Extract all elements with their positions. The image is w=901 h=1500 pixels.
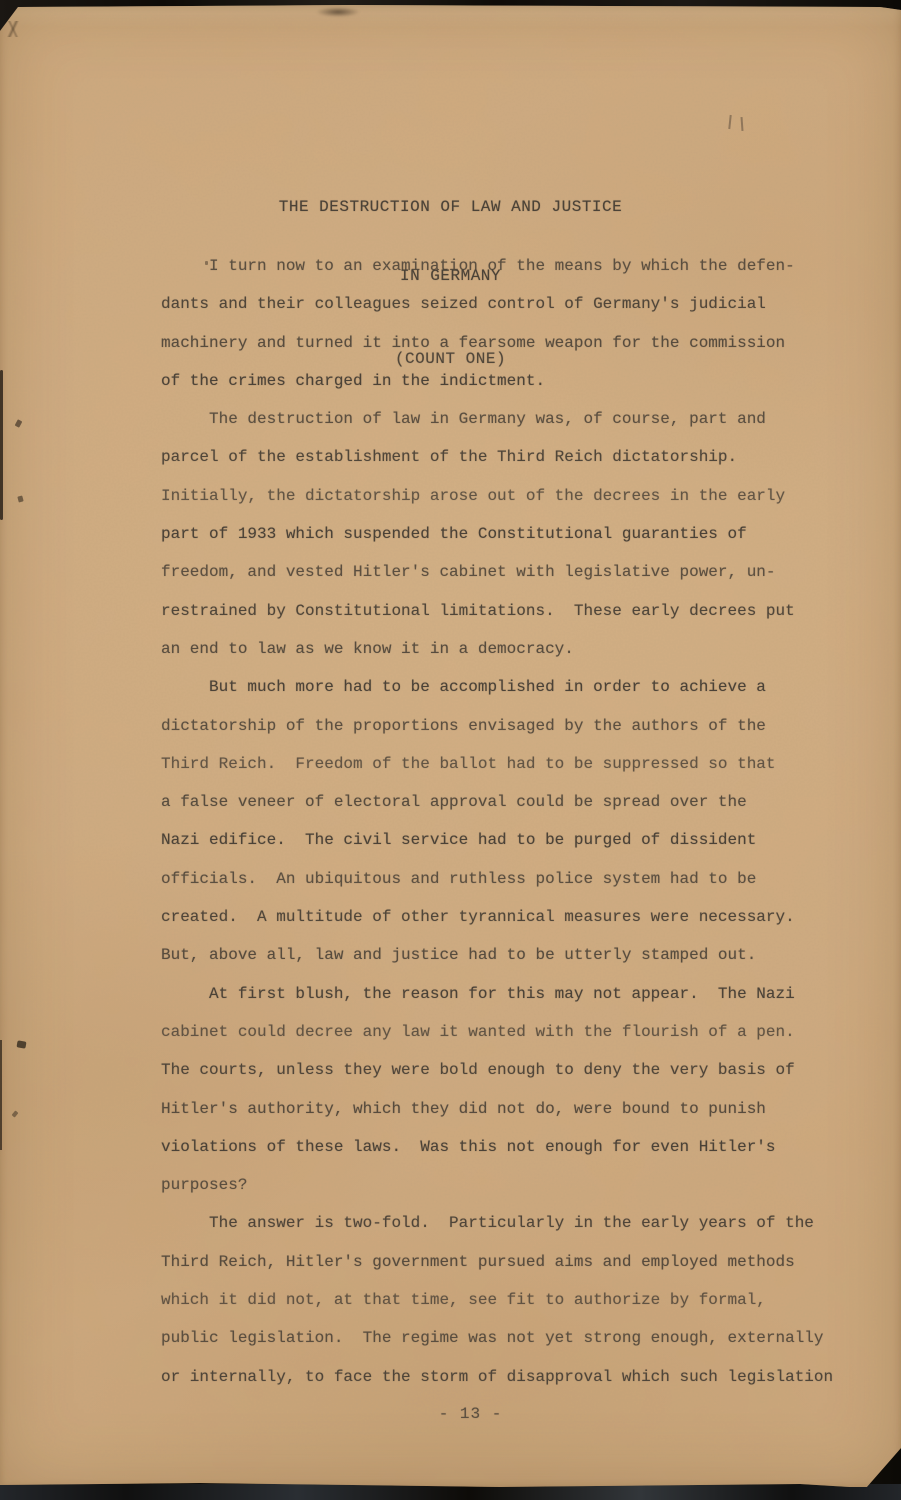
text-line: I turn now to an examination of the mean… (161, 247, 861, 285)
text-line: machinery and turned it into a fearsome … (161, 324, 861, 362)
text-line: Third Reich, Hitler's government pursued… (161, 1243, 861, 1281)
stray-mark (741, 117, 744, 131)
text-line: a false veneer of electoral approval cou… (161, 783, 861, 821)
text-line: But, above all, law and justice had to b… (161, 936, 861, 974)
text-line: cabinet could decree any law it wanted w… (161, 1013, 861, 1051)
text-line: The answer is two-fold. Particularly in … (161, 1204, 861, 1242)
paper-edge-shadow (0, 1040, 2, 1150)
document-body: I turn now to an examination of the mean… (161, 247, 861, 1396)
ink-speck (16, 1040, 26, 1048)
text-line: or internally, to face the storm of disa… (161, 1358, 861, 1396)
scanned-document-page: { "document": { "title_line1": "THE DEST… (0, 0, 901, 1500)
text-line: purposes? (161, 1166, 861, 1204)
text-line: Initially, the dictatorship arose out of… (161, 477, 861, 515)
text-line: part of 1933 which suspended the Constit… (161, 515, 861, 553)
text-line: dictatorship of the proportions envisage… (161, 707, 861, 745)
ink-speck (15, 419, 23, 428)
text-line: The courts, unless they were bold enough… (161, 1051, 861, 1089)
text-line: violations of these laws. Was this not e… (161, 1128, 861, 1166)
text-line: Hitler's authority, which they did not d… (161, 1090, 861, 1128)
text-line: public legislation. The regime was not y… (161, 1319, 861, 1357)
text-line: created. A multitude of other tyrannical… (161, 898, 861, 936)
text-line: parcel of the establishment of the Third… (161, 438, 861, 476)
ink-speck (17, 495, 23, 502)
text-line: of the crimes charged in the indictment. (161, 362, 861, 400)
text-line: officials. An ubiquitous and ruthless po… (161, 860, 861, 898)
text-line: At first blush, the reason for this may … (161, 975, 861, 1013)
edge-smudge (316, 7, 360, 17)
text-line: which it did not, at that time, see fit … (161, 1281, 861, 1319)
page-number: - 13 - (20, 1405, 901, 1423)
text-line: But much more had to be accomplished in … (161, 668, 861, 706)
text-line: Nazi edifice. The civil service had to b… (161, 821, 861, 859)
text-line: dants and their colleagues seized contro… (161, 285, 861, 323)
text-line: The destruction of law in Germany was, o… (161, 400, 861, 438)
title-line-1: THE DESTRUCTION OF LAW AND JUSTICE (0, 196, 901, 219)
paper-sheet: THE DESTRUCTION OF LAW AND JUSTICE IN GE… (0, 5, 901, 1487)
scan-background-strip (0, 1484, 901, 1500)
text-line: freedom, and vested Hitler's cabinet wit… (161, 553, 861, 591)
ink-speck (12, 1110, 19, 1117)
text-line: an end to law as we know it in a democra… (161, 630, 861, 668)
stray-mark (728, 115, 731, 129)
paper-edge-shadow (0, 370, 3, 520)
corner-scratch (4, 21, 22, 37)
text-line: Third Reich. Freedom of the ballot had t… (161, 745, 861, 783)
text-line: restrained by Constitutional limitations… (161, 592, 861, 630)
ink-speck (205, 261, 208, 265)
